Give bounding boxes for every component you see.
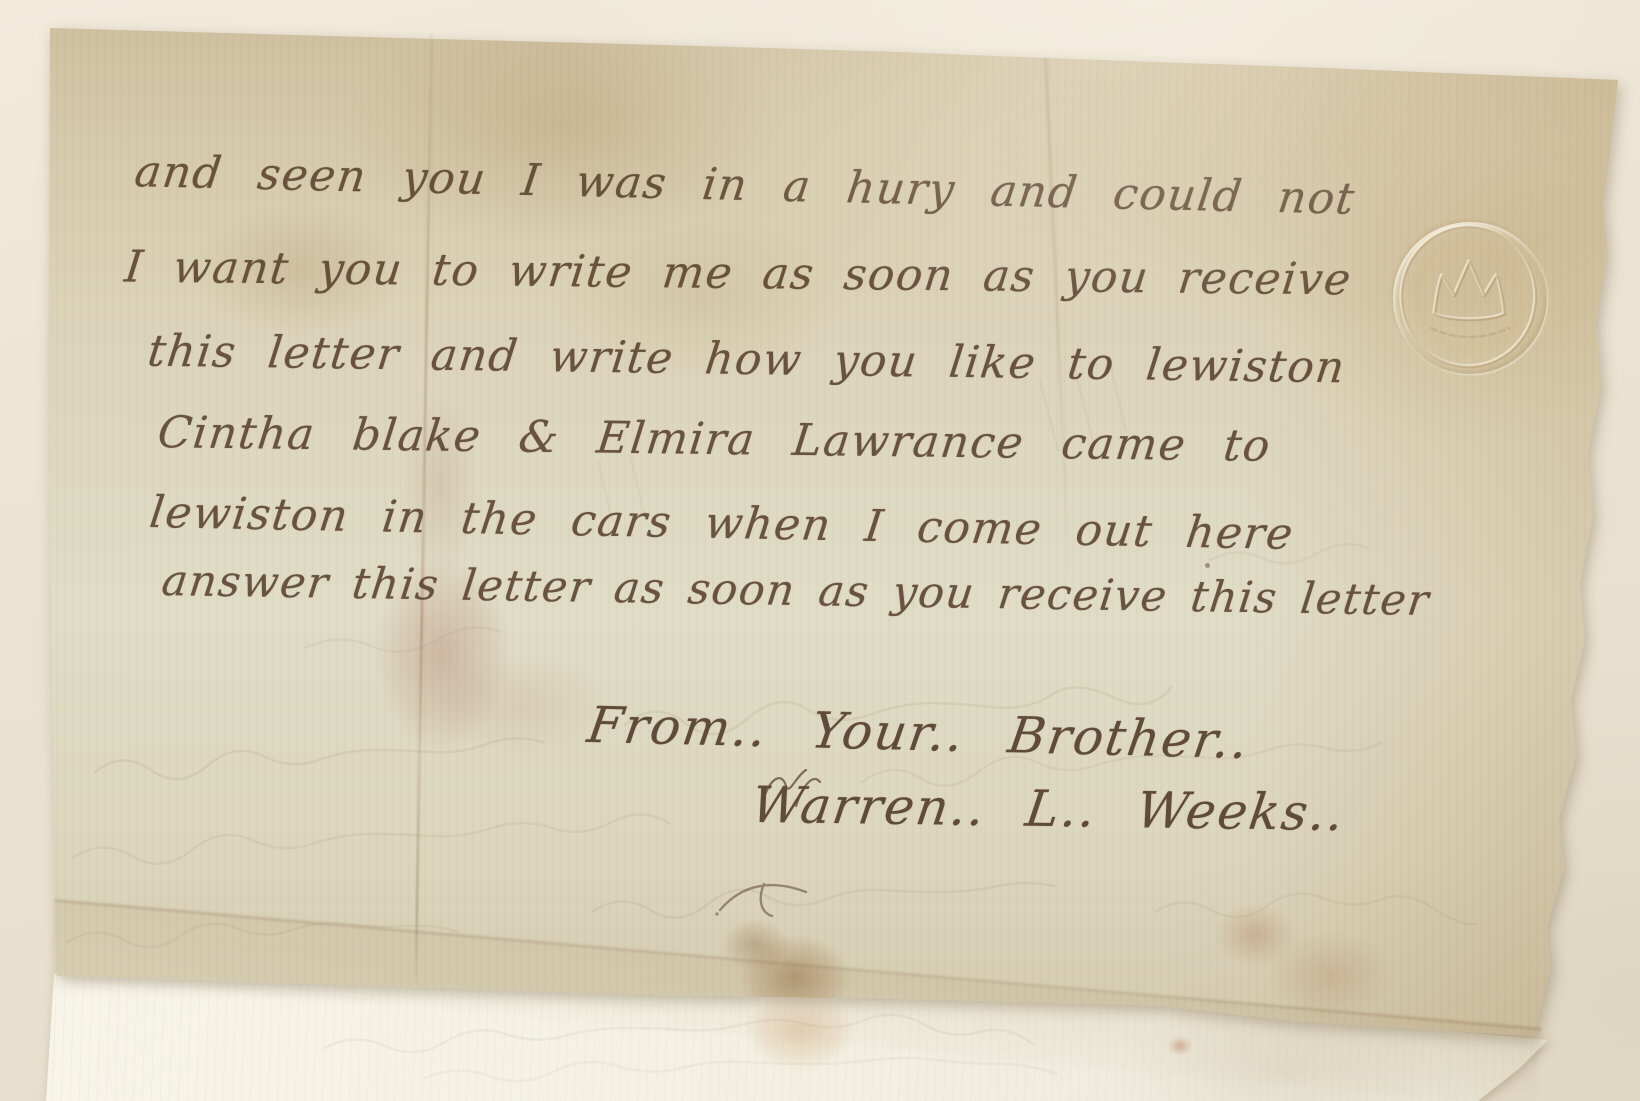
crown-icon [1393, 222, 1547, 374]
pen-flourish-below-signature [712, 872, 816, 922]
bottom-fold-shade [48, 901, 1541, 1101]
letter-photograph: and seen you I was in a hury and could n… [0, 0, 1640, 1101]
ink-dot [1205, 563, 1210, 568]
letter-overlay: and seen you I was in a hury and could n… [0, 0, 1640, 1101]
closing-line: From.. Your.. Brother.. [584, 696, 1254, 770]
handwritten-line-4: Cintha blake & Elmira Lawrance came to [155, 407, 1274, 472]
embossed-seal [1393, 222, 1547, 374]
handwritten-line-1: and seen you I was in a hury and could n… [132, 146, 1359, 225]
handwritten-line-6: answer this letter as soon as you receiv… [159, 556, 1433, 626]
handwritten-line-5: lewiston in the cars when I come out her… [147, 487, 1297, 560]
handwritten-line-3: this letter and write how you like to le… [145, 326, 1348, 394]
signature-line: Warren.. L.. Weeks.. [748, 776, 1349, 842]
handwritten-line-2: I want you to write me as soon as you re… [122, 242, 1355, 306]
horizontal-fold-crease [55, 899, 1542, 1030]
